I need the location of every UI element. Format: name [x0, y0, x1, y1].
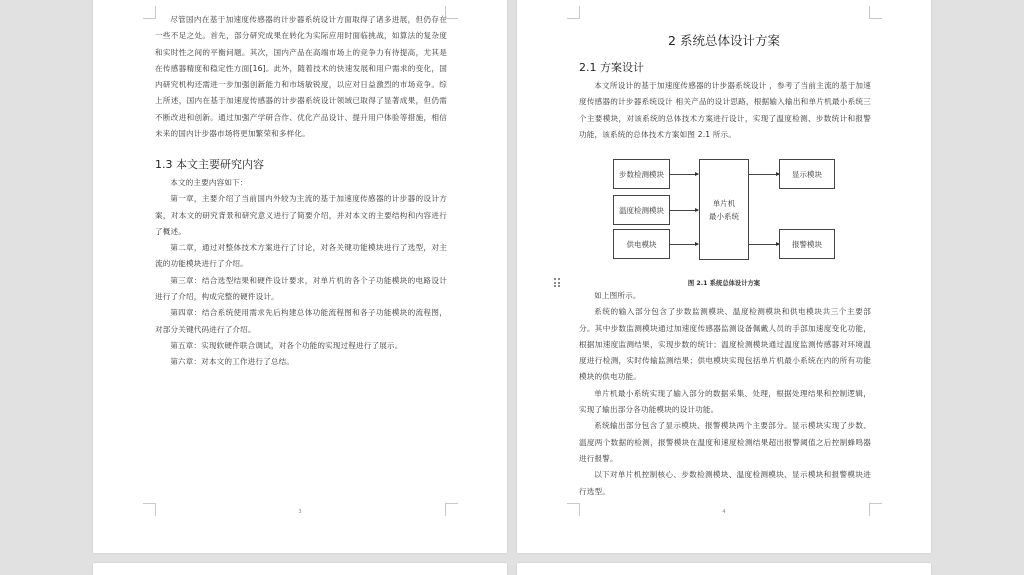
document-page-6 [517, 563, 931, 575]
diagram-core-line: 最小系统 [709, 210, 739, 223]
page-number: 4 [517, 509, 931, 515]
paragraph[interactable]: 第五章：实现软硬件联合调试，对各个功能的实现过程进行了展示。 [155, 338, 447, 354]
section-heading[interactable]: 1.3 本文主要研究内容 [155, 156, 264, 172]
arrow-icon [749, 174, 779, 175]
paragraph[interactable]: 第二章，通过对整体技术方案进行了讨论，对各关键功能模块进行了选型，对主流的功能模… [155, 240, 447, 273]
arrow-icon [670, 244, 698, 245]
body-text-block[interactable]: 如上图所示。 系统的输入部分包含了步数监测模块、温度检测模块和供电模块共三个主要… [579, 288, 871, 500]
arrow-icon [749, 244, 779, 245]
body-text-block[interactable]: 尽管国内在基于加速度传感器的计步器系统设计方面取得了诸多进展，但仍存在一些不足之… [155, 12, 447, 142]
figure-caption: 图 2.1 系统总体设计方案 [517, 278, 931, 287]
diagram-box-step-detection: 步数检测模块 [613, 159, 670, 189]
system-design-diagram[interactable]: 步数检测模块 温度检测模块 供电模块 单片机 最小系统 显示模块 报警模块 [613, 159, 835, 261]
margin-corner-mark [869, 6, 882, 19]
margin-corner-mark [567, 6, 580, 19]
paragraph[interactable]: 以下对单片机控制核心、步数检测模块、温度检测模块、显示模块和报警模块进行选型。 [579, 467, 871, 500]
paragraph[interactable]: 如上图所示。 [579, 288, 871, 304]
document-page-4: 2 系统总体设计方案 2.1 方案设计 本文所设计的基于加速度传感器的计步器系统… [517, 0, 931, 553]
document-page-5 [93, 563, 507, 575]
paragraph[interactable]: 系统输出部分包含了显示模块、报警模块两个主要部分。显示模块实现了步数、温度两个数… [579, 418, 871, 467]
paragraph[interactable]: 第三章：结合选型结果和硬件设计要求，对单片机的各个子功能模块的电路设计进行了介绍… [155, 273, 447, 306]
page-number: 3 [93, 509, 507, 515]
diagram-box-mcu-core: 单片机 最小系统 [699, 159, 749, 260]
arrow-icon [670, 210, 698, 211]
diagram-box-display: 显示模块 [779, 159, 835, 189]
paragraph[interactable]: 第六章：对本文的工作进行了总结。 [155, 354, 447, 370]
chapter-heading[interactable]: 2 系统总体设计方案 [517, 31, 931, 49]
paragraph[interactable]: 单片机最小系统实现了输入部分的数据采集、处理，根据处理结果和控制逻辑，实现了输出… [579, 386, 871, 419]
arrow-icon [670, 174, 698, 175]
paragraph[interactable]: 第一章，主要介绍了当前国内外较为主流的基于加速度传感器的计步器的设计方案，对本文… [155, 191, 447, 240]
document-page-3: 尽管国内在基于加速度传感器的计步器系统设计方面取得了诸多进展，但仍存在一些不足之… [93, 0, 507, 553]
paragraph[interactable]: 本文的主要内容如下： [155, 175, 447, 191]
body-text-block[interactable]: 本文的主要内容如下： 第一章，主要介绍了当前国内外较为主流的基于加速度传感器的计… [155, 175, 447, 371]
paragraph[interactable]: 第四章：结合系统使用需求先后构建总体功能流程图和各子功能模块的流程图，对部分关键… [155, 305, 447, 338]
section-heading[interactable]: 2.1 方案设计 [579, 59, 644, 75]
paragraph[interactable]: 系统的输入部分包含了步数监测模块、温度检测模块和供电模块共三个主要部分。其中步数… [579, 304, 871, 385]
diagram-box-power-supply: 供电模块 [613, 229, 670, 259]
paragraph[interactable]: 本文所设计的基于加速度传感器的计步器系统设计 ，参考了当前主流的基于加速度传感器… [579, 78, 871, 143]
diagram-box-alarm: 报警模块 [779, 229, 835, 259]
diagram-core-line: 单片机 [713, 197, 736, 210]
paragraph[interactable]: 尽管国内在基于加速度传感器的计步器系统设计方面取得了诸多进展，但仍存在一些不足之… [155, 12, 447, 142]
body-text-block[interactable]: 本文所设计的基于加速度传感器的计步器系统设计 ，参考了当前主流的基于加速度传感器… [579, 78, 871, 143]
diagram-box-temperature-detection: 温度检测模块 [613, 195, 670, 225]
